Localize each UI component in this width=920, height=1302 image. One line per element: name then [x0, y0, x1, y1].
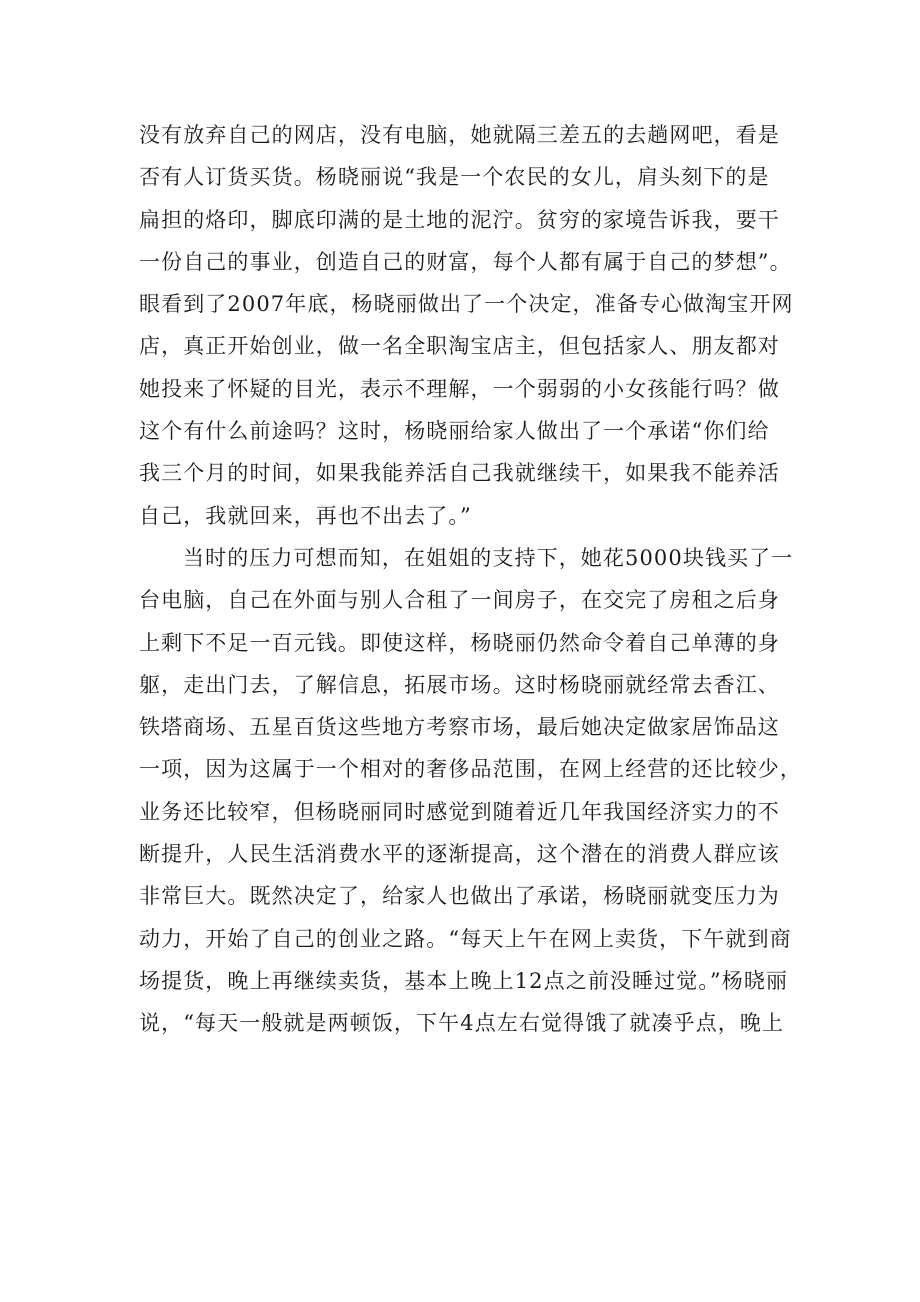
text-line: 扁担的烙印，脚底印满的是土地的泥泞。贫穷的家境告诉我，要干 [139, 199, 769, 241]
text-line: 自己，我就回来，再也不出去了。” [139, 495, 769, 537]
text-line: 断提升，人民生活消费水平的逐渐提高，这个潜在的消费人群应该 [139, 833, 769, 875]
text-line: 一项，因为这属于一个相对的奢侈品范围，在网上经营的还比较少， [139, 748, 769, 790]
text-line: 说，“每天一般就是两顿饭，下午4点左右觉得饿了就凑乎点，晚上 [139, 1002, 769, 1044]
text-line: 没有放弃自己的网店，没有电脑，她就隔三差五的去趟网吧，看是 [139, 114, 769, 156]
text-line: 否有人订货买货。杨晓丽说“我是一个农民的女儿，肩头刻下的是 [139, 156, 769, 198]
paragraph-start-line: 当时的压力可想而知，在姐姐的支持下，她花5000块钱买了一 [139, 537, 769, 579]
text-line: 躯，走出门去，了解信息，拓展市场。这时杨晓丽就经常去香江、 [139, 664, 769, 706]
text-line: 动力，开始了自己的创业之路。“每天上午在网上卖货，下午就到商 [139, 918, 769, 960]
text-line: 业务还比较窄，但杨晓丽同时感觉到随着近几年我国经济实力的不 [139, 791, 769, 833]
text-line: 她投来了怀疑的目光，表示不理解，一个弱弱的小女孩能行吗？做 [139, 368, 769, 410]
text-line: 上剩下不足一百元钱。即使这样，杨晓丽仍然命令着自己单薄的身 [139, 622, 769, 664]
text-line: 台电脑，自己在外面与别人合租了一间房子，在交完了房租之后身 [139, 579, 769, 621]
text-line: 一份自己的事业，创造自己的财富，每个人都有属于自己的梦想”。 [139, 241, 769, 283]
text-line: 非常巨大。既然决定了，给家人也做出了承诺，杨晓丽就变压力为 [139, 875, 769, 917]
text-line: 我三个月的时间，如果我能养活自己我就继续干，如果我不能养活 [139, 452, 769, 494]
text-line: 眼看到了2007年底，杨晓丽做出了一个决定，准备专心做淘宝开网 [139, 283, 769, 325]
text-line: 场提货，晚上再继续卖货，基本上晚上12点之前没睡过觉。”杨晓丽 [139, 960, 769, 1002]
text-line: 铁塔商场、五星百货这些地方考察市场，最后她决定做家居饰品这 [139, 706, 769, 748]
text-line: 店，真正开始创业，做一名全职淘宝店主，但包括家人、朋友都对 [139, 325, 769, 367]
text-line: 这个有什么前途吗？这时，杨晓丽给家人做出了一个承诺“你们给 [139, 410, 769, 452]
document-page: 没有放弃自己的网店，没有电脑，她就隔三差五的去趟网吧，看是 否有人订货买货。杨晓… [139, 114, 769, 1045]
